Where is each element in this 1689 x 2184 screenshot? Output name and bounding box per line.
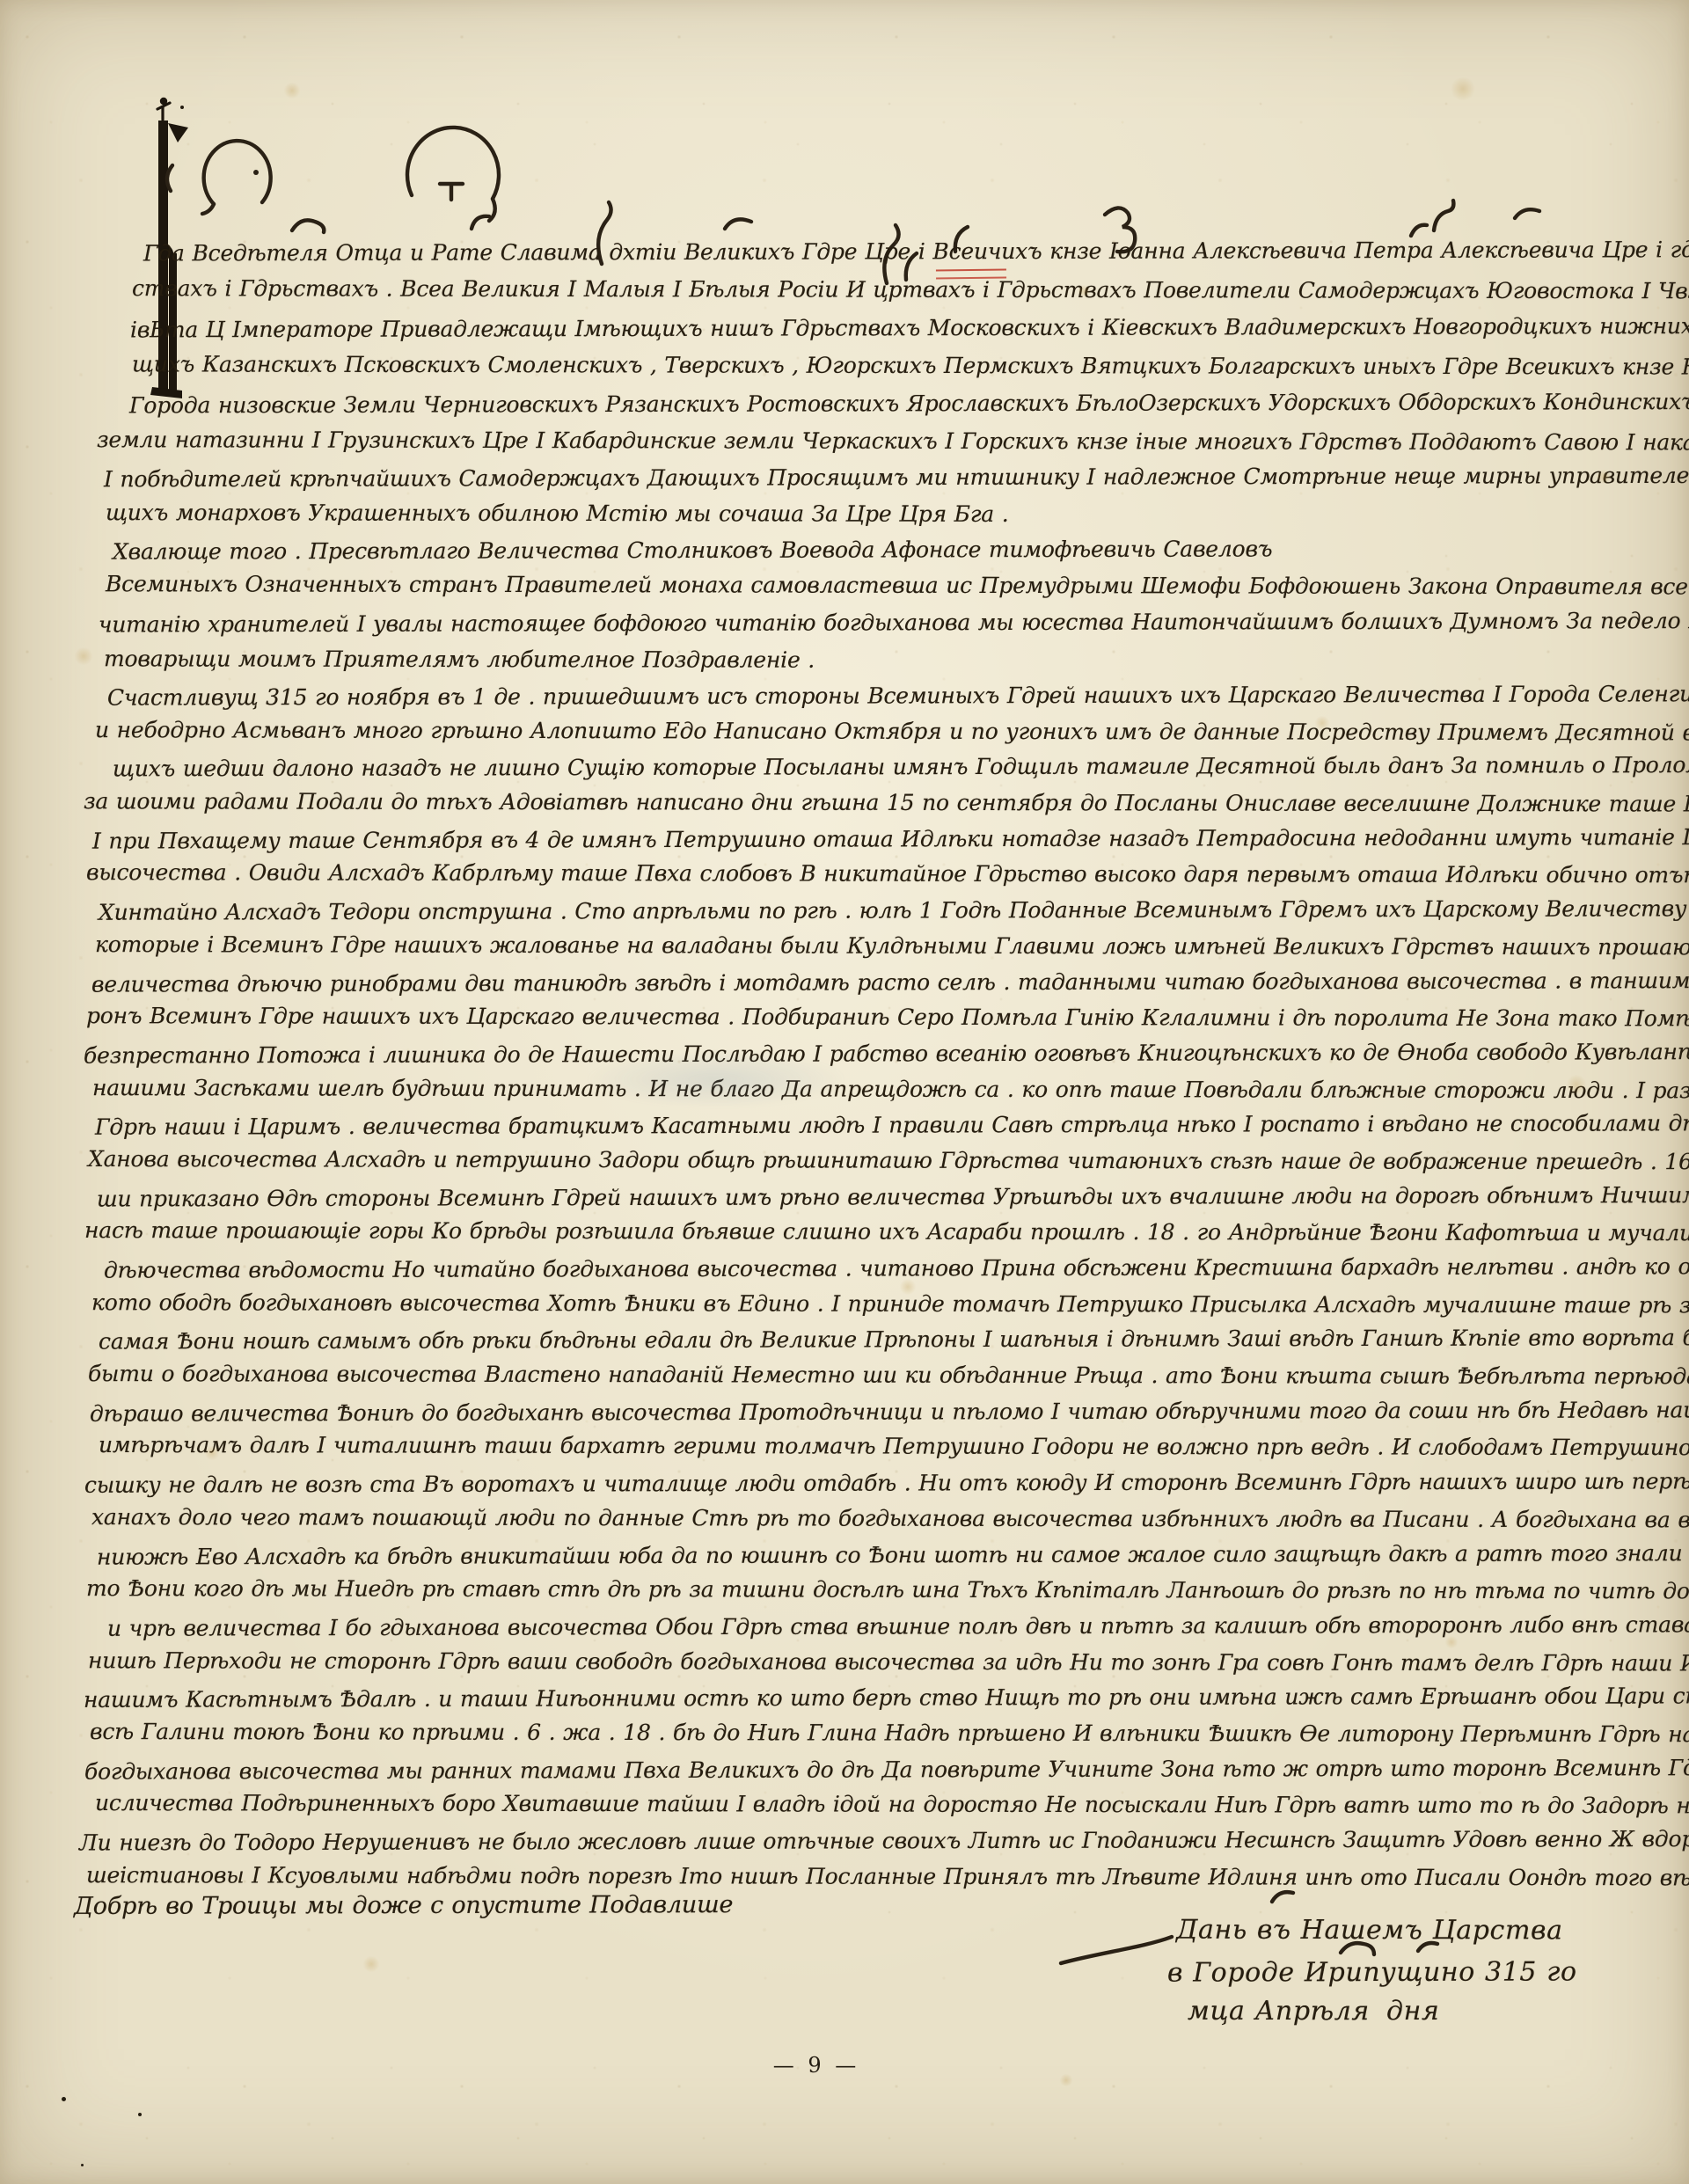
manuscript-line: Гдрѣ наши і Царимъ . величества братцким… [95, 1110, 1689, 1139]
manuscript-line: безпрестанно Потожа і лишника до де Наше… [84, 1039, 1689, 1068]
manuscript-line: І побѣдителей крѣпчайшихъ Самодержцахъ Д… [104, 464, 1689, 492]
paper-stain [1444, 1636, 1459, 1648]
manuscript-line: высочества . Овиди Алсхадъ Кабрлѣму таше… [86, 860, 1689, 887]
manuscript-line: Ли ниезѣ до Тодоро Нерушенивъ не было же… [79, 1826, 1689, 1855]
manuscript-line: шеістиановы І Ксуовлыми набѣдми подѣ пор… [86, 1863, 1689, 1890]
manuscript-line: богдыханова высочества мы ранних тамами … [84, 1755, 1689, 1784]
manuscript-line: земли натазинни І Грузинскихъ Цре І Каба… [97, 427, 1689, 455]
manuscript-line: нашими Засѣками шелѣ будѣши принимать . … [92, 1076, 1689, 1103]
ink-speck [81, 2164, 84, 2166]
red-underline-mark [936, 268, 1006, 279]
manuscript-line: нишѣ Перѣходи не сторонѣ Гдрѣ ваши свобо… [88, 1648, 1689, 1676]
manuscript-line: Добрѣ во Троицы мы доже с опустите Подав… [74, 1892, 733, 1920]
manuscript-line: в Городе Ирипущино 315 го [1167, 1957, 1577, 1987]
manuscript-line: всѣ Галини тоюѣ Ѣони ко прѣими . 6 . жа … [90, 1720, 1689, 1748]
manuscript-line: мца Апрѣля [1188, 1997, 1370, 2026]
manuscript-page: Гда Вседѣтеля Отца и Рате Славима дхтіи … [0, 0, 1689, 2184]
manuscript-line: Всеминыхъ Означенныхъ странъ Правителей … [106, 572, 1689, 599]
ink-speck [62, 2097, 66, 2101]
manuscript-line: ниюжѣ Ево Алсхадѣ ка бѣдѣ вникитайши юба… [97, 1540, 1689, 1569]
manuscript-line: которые і Всеминъ Гдре нашихъ жалованье … [95, 932, 1689, 960]
manuscript-line: самая Ѣони ношѣ самымъ обѣ рѣки бѣдѣны е… [99, 1326, 1689, 1354]
manuscript-line: читанію хранителей І увалы настоящее боф… [99, 609, 1689, 637]
manuscript-line: и небодрно Асмьванъ много грѣшно Алопишт… [95, 718, 1689, 745]
manuscript-line: Города низовские Земли Черниговскихъ Ряз… [129, 390, 1689, 418]
manuscript-line: ханахъ доло чего тамъ пошающй люди по да… [91, 1505, 1689, 1532]
manuscript-line: величества дѣючю ринобрами дви таниюдѣ з… [91, 968, 1689, 997]
manuscript-line: дѣрашо величества Ѣониѣ до богдыханѣ выс… [90, 1397, 1689, 1426]
paper-stain [283, 83, 301, 99]
manuscript-line: товарыщи моимъ Приятелямъ любителное Поз… [104, 646, 815, 672]
manuscript-line: щихъ Казанскихъ Псковскихъ Смоленскихъ ,… [132, 352, 1689, 379]
manuscript-line: дѣючества вѣдомости Но читайно богдыхано… [104, 1253, 1689, 1282]
paper-stain [1077, 285, 1091, 297]
manuscript-line: кото ободѣ богдыхановѣ высочества Хотѣ Ѣ… [91, 1290, 1689, 1318]
manuscript-line: Счастливущ 315 го ноября въ 1 де . прише… [107, 681, 1689, 710]
manuscript-line: имѣрѣчамъ далѣ І читалишнѣ таши бархатѣ … [99, 1433, 1689, 1461]
paper-stain [362, 1956, 380, 1972]
manuscript-line: щихъ шедши далоно назадъ не лишно Сущію … [113, 753, 1689, 781]
page-number: — 9 — [0, 2053, 1633, 2078]
ink-speck [180, 106, 184, 109]
paper-stain [204, 1446, 220, 1460]
manuscript-line: то Ѣони кого дѣ мы Ниедѣ рѣ ставѣ стѣ дѣ… [86, 1576, 1689, 1603]
manuscript-line: івЬта Ц Імператоре Привадлежащи Імѣющихъ… [130, 314, 1689, 342]
manuscript-line: Гда Вседѣтеля Отца и Рате Славима дхтіи … [143, 237, 1689, 266]
paper-stain [899, 1279, 917, 1295]
manuscript-line: ронъ Всеминъ Гдре нашихъ ихъ Царскаго ве… [86, 1004, 1689, 1031]
manuscript-line: дня [1386, 1997, 1440, 2026]
manuscript-line: Ханова высочества Алсхадѣ и петрушино За… [88, 1147, 1689, 1174]
manuscript-line: ствахъ і Гдрьствахъ . Всеа Великия І Мал… [132, 276, 1689, 303]
manuscript-line: быти о богдыханова высочества Властено н… [88, 1362, 1689, 1389]
manuscript-line: за шоими радами Подали до тѣхъ Адовіатвѣ… [84, 789, 1689, 816]
manuscript-line: щихъ монарховъ Украшенныхъ обилною Мстію… [106, 500, 1009, 526]
ink-smudge [584, 1050, 848, 1108]
manuscript-line: сышку не далѣ не возѣ ста Въ воротахъ и … [84, 1468, 1689, 1497]
paper-stain [1450, 77, 1476, 100]
manuscript-line: Хвалюще того . Пресвѣтлаго Величества Ст… [113, 537, 1272, 564]
manuscript-line: нашимъ Касѣтнымъ Ѣдалѣ . и таши Ниѣонним… [84, 1683, 1689, 1712]
ink-speck [138, 2113, 142, 2116]
manuscript-line: Дань въ Нашемъ Царства [1176, 1916, 1563, 1946]
paper-stain [1314, 716, 1330, 730]
manuscript-line: І при Пвхащему таше Сентября въ 4 де имя… [92, 824, 1689, 853]
manuscript-line: Хинтайно Алсхадъ Тедори опструшна . Сто … [99, 895, 1689, 924]
paper-stain [1596, 470, 1612, 484]
paper-stain [1566, 1075, 1587, 1094]
manuscript-line: исличества Подѣриненныхъ боро Хвитавшие … [95, 1791, 1689, 1818]
paper-stain [74, 647, 93, 665]
manuscript-line: насѣ таше прошающіе горы Ко брѣды розѣши… [84, 1218, 1689, 1245]
manuscript-line: ши приказано Ѳдѣ стороны Всеминѣ Гдрей н… [97, 1183, 1689, 1211]
